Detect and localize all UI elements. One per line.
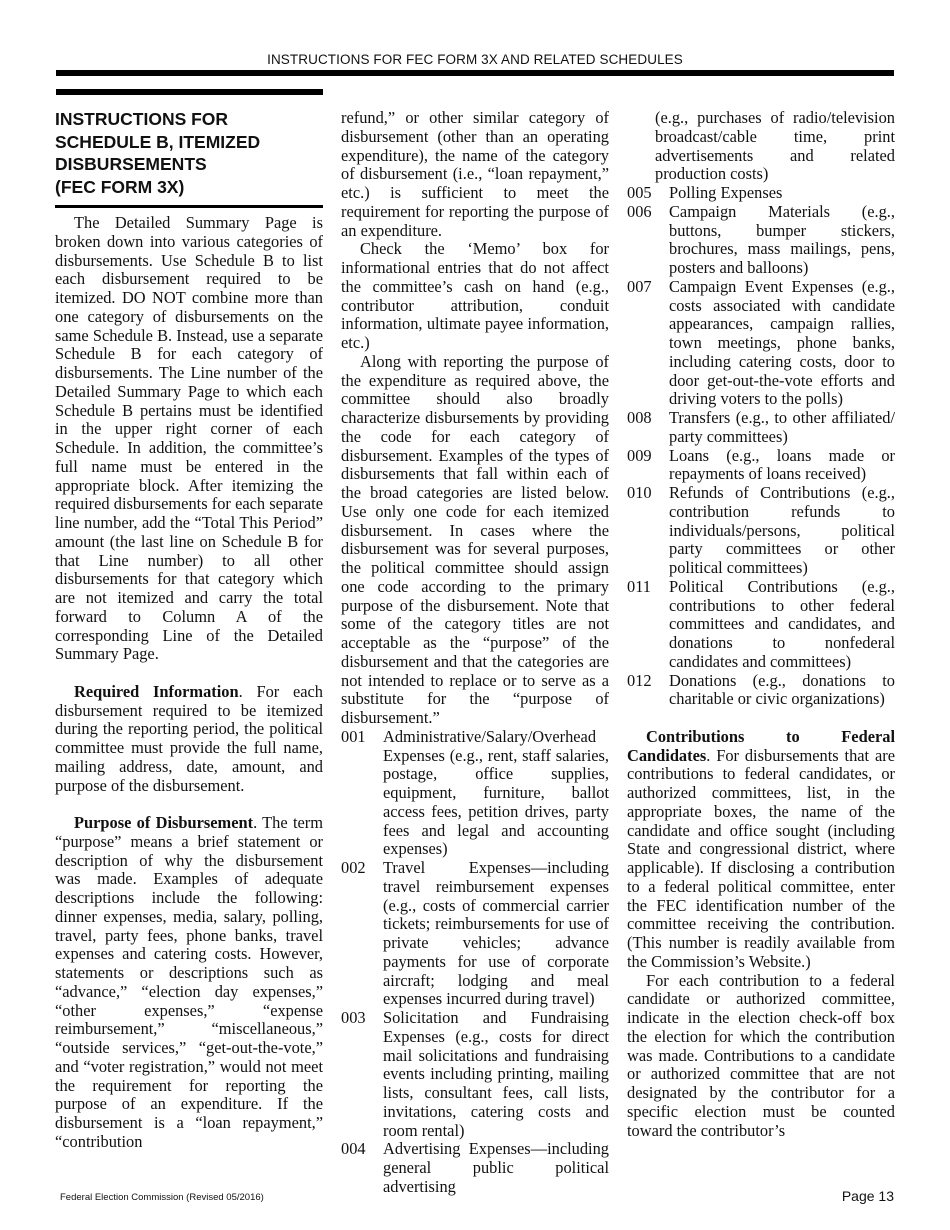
code-description: Polling Expenses bbox=[669, 184, 895, 203]
code-item-004: 004 Advertising Expenses—including gener… bbox=[341, 1140, 609, 1196]
code-number: 012 bbox=[627, 672, 669, 710]
title-line: DISBURSEMENTS bbox=[55, 153, 323, 176]
memo-paragraph: Check the ‘Memo’ box for informational e… bbox=[341, 240, 609, 353]
footer-publisher: Federal Election Commission (Revised 05/… bbox=[60, 1192, 264, 1203]
purpose-heading: Purpose of Disbursement bbox=[74, 813, 253, 832]
code-description: Donations (e.g., donations to charitable… bbox=[669, 672, 895, 710]
code-number: 011 bbox=[627, 578, 669, 672]
section-rule bbox=[56, 89, 323, 95]
code-item-003: 003 Solicitation and Fundraising Expense… bbox=[341, 1009, 609, 1140]
code-004-continuation: (e.g., purchases of radio/television bro… bbox=[627, 109, 895, 184]
title-line: (FEC FORM 3X) bbox=[55, 176, 323, 199]
code-number: 004 bbox=[341, 1140, 383, 1196]
column-3: (e.g., purchases of radio/television bro… bbox=[627, 109, 895, 1140]
code-item-010: 010 Refunds of Contributions (e.g., cont… bbox=[627, 484, 895, 578]
code-description: Transfers (e.g., to other affiliated/ pa… bbox=[669, 409, 895, 447]
column-1: INSTRUCTIONS FOR SCHEDULE B, ITEMIZED DI… bbox=[55, 108, 323, 1152]
code-description: Loans (e.g., loans made or repayments of… bbox=[669, 447, 895, 485]
purpose-paragraph: Purpose of Disbursement. The term “purpo… bbox=[55, 814, 323, 1152]
title-line: INSTRUCTIONS FOR bbox=[55, 108, 323, 131]
intro-paragraph: The Detailed Summary Page is broken down… bbox=[55, 214, 323, 664]
code-number: 003 bbox=[341, 1009, 383, 1140]
code-item-007: 007 Campaign Event Expenses (e.g., costs… bbox=[627, 278, 895, 409]
code-description: Campaign Event Expenses (e.g., costs ass… bbox=[669, 278, 895, 409]
code-item-002: 002 Travel Expenses—including travel rei… bbox=[341, 859, 609, 1009]
election-checkoff-paragraph: For each contribution to a federal candi… bbox=[627, 972, 895, 1141]
column-2: refund,” or other similar category of di… bbox=[341, 109, 609, 1197]
code-item-008: 008 Transfers (e.g., to other affiliated… bbox=[627, 409, 895, 447]
code-number: 009 bbox=[627, 447, 669, 485]
federal-candidates-text: . For disbursements that are contributio… bbox=[627, 746, 895, 971]
code-number: 001 bbox=[341, 728, 383, 859]
code-item-012: 012 Donations (e.g., donations to charit… bbox=[627, 672, 895, 710]
code-description: Advertising Expenses—including general p… bbox=[383, 1140, 609, 1196]
code-number: 010 bbox=[627, 484, 669, 578]
required-information-heading: Required Information bbox=[74, 682, 239, 701]
federal-candidates-paragraph: Contributions to Federal Candidates. For… bbox=[627, 728, 895, 972]
code-description: Political Contributions (e.g., contribut… bbox=[669, 578, 895, 672]
title-line: SCHEDULE B, ITEMIZED bbox=[55, 131, 323, 154]
header-rule bbox=[56, 70, 894, 76]
section-title: INSTRUCTIONS FOR SCHEDULE B, ITEMIZED DI… bbox=[55, 108, 323, 198]
code-item-011: 011 Political Contributions (e.g., contr… bbox=[627, 578, 895, 672]
code-item-006: 006 Campaign Materials (e.g., buttons, b… bbox=[627, 203, 895, 278]
code-number: 006 bbox=[627, 203, 669, 278]
code-number: 002 bbox=[341, 859, 383, 1009]
code-description: Travel Expenses—including travel reimbur… bbox=[383, 859, 609, 1009]
code-description: Administrative/Salary/Overhead Expenses … bbox=[383, 728, 609, 859]
code-description: Solicitation and Fundraising Expenses (e… bbox=[383, 1009, 609, 1140]
code-number: 005 bbox=[627, 184, 669, 203]
code-item-005: 005 Polling Expenses bbox=[627, 184, 895, 203]
continuation-paragraph: refund,” or other similar category of di… bbox=[341, 109, 609, 240]
code-item-009: 009 Loans (e.g., loans made or repayment… bbox=[627, 447, 895, 485]
code-description: Refunds of Contributions (e.g., contribu… bbox=[669, 484, 895, 578]
page-number: Page 13 bbox=[842, 1188, 894, 1204]
code-number: 007 bbox=[627, 278, 669, 409]
running-header: INSTRUCTIONS FOR FEC FORM 3X AND RELATED… bbox=[56, 52, 894, 68]
purpose-text: . The term “purpose” means a brief state… bbox=[55, 813, 323, 1151]
title-rule bbox=[55, 205, 323, 208]
required-information-paragraph: Required Information. For each disbursem… bbox=[55, 683, 323, 796]
code-item-001: 001 Administrative/Salary/Overhead Expen… bbox=[341, 728, 609, 859]
code-description: Campaign Materials (e.g., buttons, bumpe… bbox=[669, 203, 895, 278]
code-number: 008 bbox=[627, 409, 669, 447]
codes-paragraph: Along with reporting the purpose of the … bbox=[341, 353, 609, 728]
